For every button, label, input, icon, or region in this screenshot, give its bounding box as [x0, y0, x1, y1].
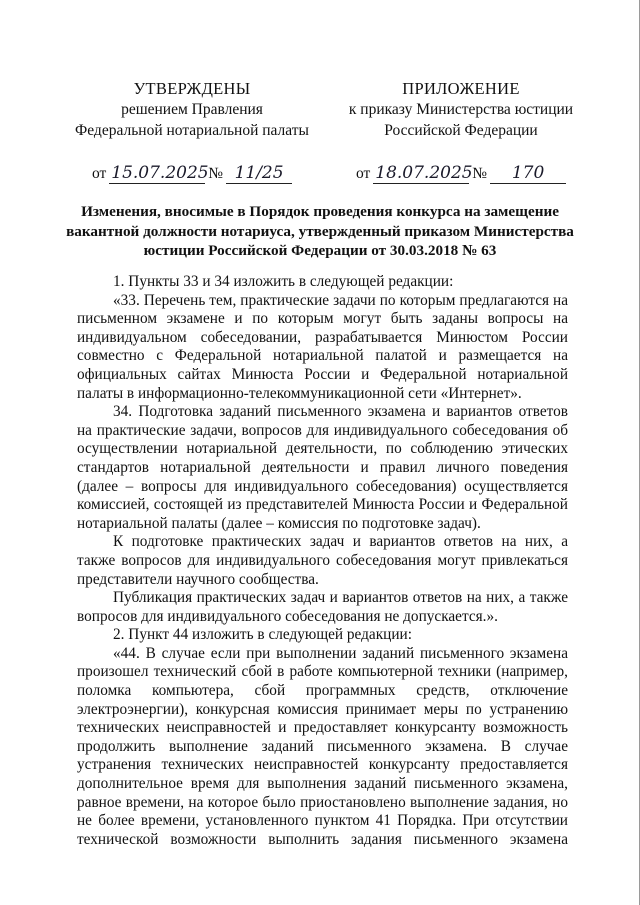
paragraph-44: «44. В случае если при выполнении задани… — [77, 645, 568, 850]
paragraph-scientific-community: К подготовке практических задач и вариан… — [77, 533, 568, 589]
approved-block: УТВЕРЖДЕНЫ решением Правления Федерально… — [62, 78, 322, 184]
appendix-date: 18.07.2025 — [373, 163, 469, 184]
paragraph-33: «33. Перечень тем, практические задачи п… — [77, 292, 568, 404]
document-body: 1. Пункты 33 и 34 изложить в следующей р… — [77, 273, 568, 849]
document-title: Изменения, вносимые в Порядок проведения… — [62, 202, 578, 261]
approved-line-1: решением Правления — [62, 99, 322, 120]
number-prefix: № — [208, 163, 223, 184]
approved-date: 15.07.2025 — [109, 163, 205, 184]
approved-number: 11/25 — [226, 163, 292, 184]
approved-line-2: Федеральной нотариальной палаты — [62, 120, 322, 141]
appendix-line-2: Российской Федерации — [332, 120, 590, 141]
appendix-dateline: от 18.07.2025 № 170 — [332, 163, 590, 184]
appendix-line-1: к приказу Министерства юстиции — [332, 99, 590, 120]
paragraph-publication: Публикация практических задач и варианто… — [77, 589, 568, 626]
approved-dateline: от 15.07.2025 № 11/25 — [62, 163, 322, 184]
approved-heading: УТВЕРЖДЕНЫ — [62, 78, 322, 99]
paragraph-item-2: 2. Пункт 44 изложить в следующей редакци… — [77, 626, 568, 645]
appendix-number: 170 — [490, 163, 566, 184]
paragraph-item-1: 1. Пункты 33 и 34 изложить в следующей р… — [77, 273, 568, 292]
appendix-block: ПРИЛОЖЕНИЕ к приказу Министерства юстици… — [332, 78, 590, 184]
date-prefix: от — [356, 163, 370, 184]
number-prefix: № — [472, 163, 487, 184]
appendix-heading: ПРИЛОЖЕНИЕ — [332, 78, 590, 99]
date-prefix: от — [92, 163, 106, 184]
paragraph-34: 34. Подготовка заданий письменного экзам… — [77, 403, 568, 533]
